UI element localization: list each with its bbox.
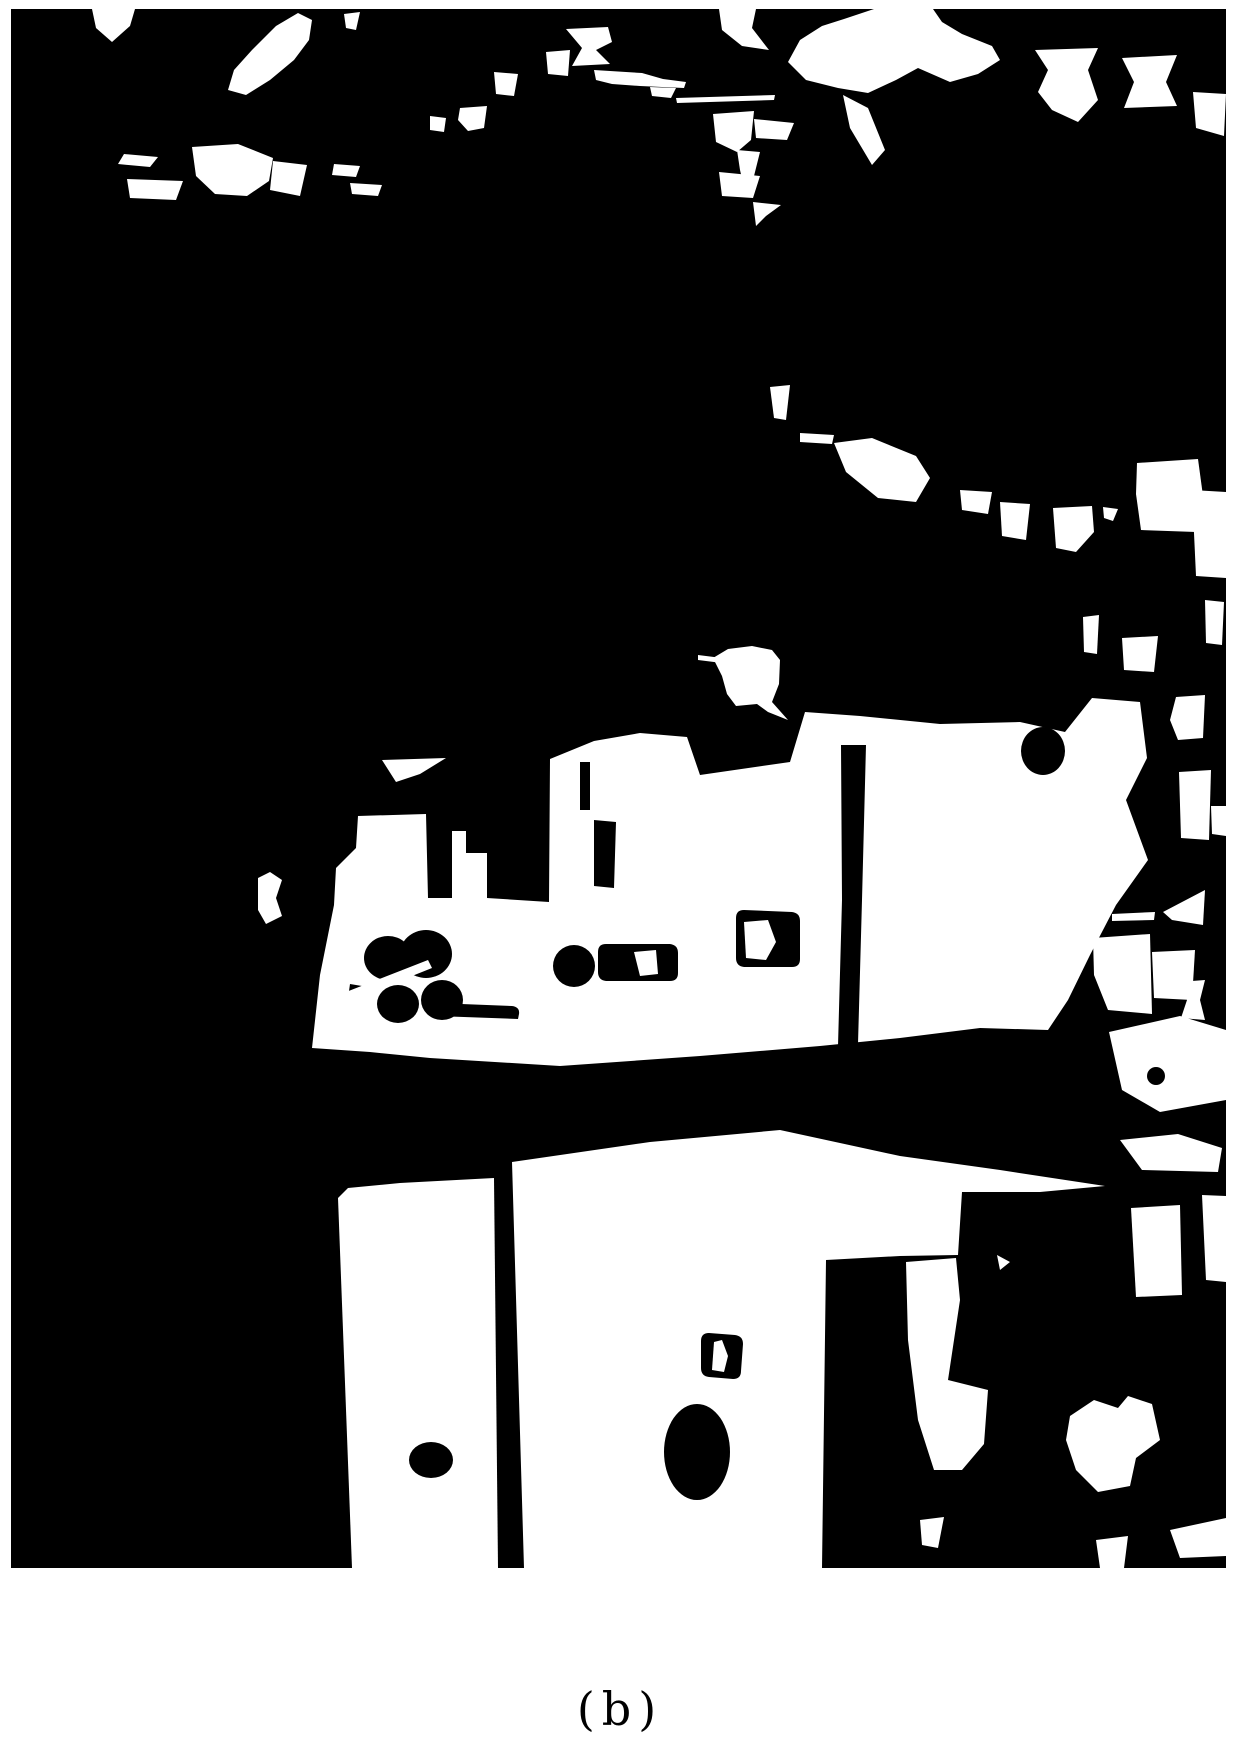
region-building-lower-left [338,1178,498,1568]
region-cluster-tiny [430,116,446,132]
region-cluster2-c [719,172,760,198]
region-dash-mid-1 [332,164,360,177]
region-bar-1 [580,762,590,810]
region-round-hole [1021,727,1065,775]
region-dash-mid-2 [350,183,382,196]
region-pocket-3 [1205,600,1224,645]
region-pocket-ne-2 [1202,1195,1226,1282]
region-piece-960 [960,490,992,514]
figure-subfigure-b: (b) [0,0,1240,1744]
region-bottom-piece-1 [1096,1536,1128,1568]
region-pocket-5 [1179,770,1211,840]
mask-image [0,0,1240,1744]
region-col-right [1192,490,1226,578]
region-cluster-z-left [546,50,570,76]
page: (b) [0,0,1240,1744]
figure-caption: (b) [0,1684,1240,1735]
region-oval-br [664,1404,730,1500]
region-blob-left-low [127,179,183,200]
region-pocket-1 [1083,615,1099,654]
region-dot-bl [409,1442,453,1478]
region-dot-ne [1147,1067,1165,1085]
region-pocket-6 [1211,806,1226,836]
region-cluster-quad [494,72,518,96]
region-pocket-2 [1122,636,1158,672]
region-band2-a [1000,502,1030,540]
region-circle-3 [377,985,419,1023]
region-circle-5 [553,945,595,987]
region-bar-2 [594,820,616,888]
region-pocket-ne [1131,1205,1182,1297]
